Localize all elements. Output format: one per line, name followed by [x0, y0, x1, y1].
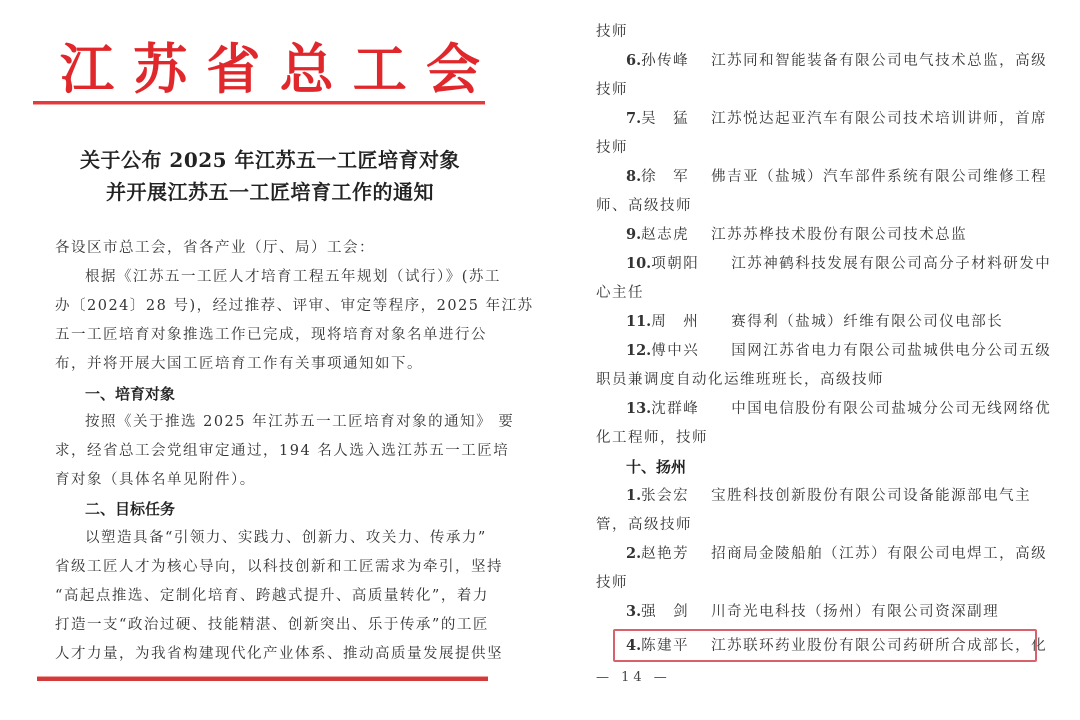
list-item: 1.张会宏宝胜科技创新股份有限公司设备能源部电气主: [596, 486, 1036, 506]
section1-line: 求，经省总工会党组审定通过，194 名人选入选江苏五一工匠培: [55, 441, 465, 461]
section-heading: 一、培育对象: [85, 384, 175, 404]
list-item: 2.赵艳芳招商局金陵船舶（江苏）有限公司电焊工，高级: [596, 544, 1036, 564]
list-item-continuation: 技师: [596, 138, 1036, 158]
letterhead-divider: [33, 101, 485, 105]
list-item-continuation: 技师: [596, 80, 1036, 100]
letterhead-char: 会: [426, 27, 480, 104]
title-line: 关于公布 2025 年江苏五一工匠培育对象: [60, 144, 480, 176]
list-item: 10.项朝阳江苏神鹤科技发展有限公司高分子材料研发中: [596, 254, 1036, 274]
carryover-line: 技师: [596, 22, 1036, 42]
list-item-continuation: 职员兼调度自动化运维班班长，高级技师: [596, 370, 1036, 390]
list-item: 3.强 剑川奇光电科技（扬州）有限公司资深副理: [596, 602, 1036, 622]
intro-line: 办〔2024〕28 号)，经过推荐、评审、审定等程序，2025 年江苏: [55, 296, 465, 316]
letterhead-char: 总: [280, 27, 334, 104]
letterhead-char: 工: [353, 27, 407, 104]
highlight-annotation-box: [613, 629, 1037, 662]
list-item-continuation: 技师: [596, 573, 1036, 593]
section1-line: 育对象（具体名单见附件）。: [55, 470, 465, 490]
section2-line: 以塑造具备“引领力、实践力、创新力、攻关力、传承力”: [55, 528, 465, 548]
section1-line: 按照《关于推选 2025 年江苏五一工匠培育对象的通知》 要: [55, 412, 465, 432]
section2-line: 省级工匠人才为核心导向，以科技创新和工匠需求为牵引，坚持: [55, 557, 465, 577]
page-bottom-divider: [37, 676, 488, 681]
intro-line: 根据《江苏五一工匠人才培育工程五年规划（试行）》(苏工: [55, 267, 465, 287]
intro-line: 布，并将开展大国工匠培育工作有关事项通知如下。: [55, 354, 465, 374]
section2-line: 人才力量，为我省构建现代化产业体系、推动高质量发展提供坚: [55, 644, 465, 664]
list-item-continuation: 管，高级技师: [596, 515, 1036, 535]
section-heading-yangzhou: 十、扬州: [626, 457, 686, 477]
left-page: 江 苏 省 总 工 会 关于公布 2025 年江苏五一工匠培育对象 并开展江苏五…: [0, 0, 540, 720]
title-line: 并开展江苏五一工匠培育工作的通知: [60, 176, 480, 208]
list-item: 8.徐 军佛吉亚（盐城）汽车部件系统有限公司维修工程: [596, 167, 1036, 187]
list-item-continuation: 师、高级技师: [596, 196, 1036, 216]
list-item-continuation: 心主任: [596, 283, 1036, 303]
salutation: 各设区市总工会，省各产业（厅、局）工会：: [55, 238, 465, 258]
section-heading: 二、目标任务: [85, 499, 175, 519]
letterhead-char: 江: [60, 27, 114, 104]
page-number: — 14 —: [596, 670, 671, 685]
list-item-continuation: 化工程师，技师: [596, 428, 1036, 448]
list-item: 7.吴 猛江苏悦达起亚汽车有限公司技术培训讲师，首席: [596, 109, 1036, 129]
org-letterhead: 江 苏 省 总 工 会: [60, 30, 480, 100]
letterhead-char: 省: [206, 27, 260, 104]
intro-line: 五一工匠培育对象推选工作已完成，现将培育对象名单进行公: [55, 325, 465, 345]
section2-line: “高起点推选、定制化培育、跨越式提升、高质量转化”，着力: [55, 586, 465, 606]
right-page: 技师 6.孙传峰江苏同和智能装备有限公司电气技术总监，高级 技师 7.吴 猛江苏…: [560, 0, 1080, 720]
list-item: 12.傅中兴国网江苏省电力有限公司盐城供电分公司五级: [596, 341, 1036, 361]
list-item: 13.沈群峰中国电信股份有限公司盐城分公司无线网络优: [596, 399, 1036, 419]
section2-line: 打造一支“政治过硬、技能精湛、创新突出、乐于传承”的工匠: [55, 615, 465, 635]
list-item: 11.周 州赛得利（盐城）纤维有限公司仪电部长: [596, 312, 1036, 332]
letterhead-char: 苏: [133, 27, 187, 104]
document-title: 关于公布 2025 年江苏五一工匠培育对象 并开展江苏五一工匠培育工作的通知: [60, 144, 480, 208]
list-item: 9.赵志虎江苏苏桦技术股份有限公司技术总监: [596, 225, 1036, 245]
list-item: 6.孙传峰江苏同和智能装备有限公司电气技术总监，高级: [596, 51, 1036, 71]
